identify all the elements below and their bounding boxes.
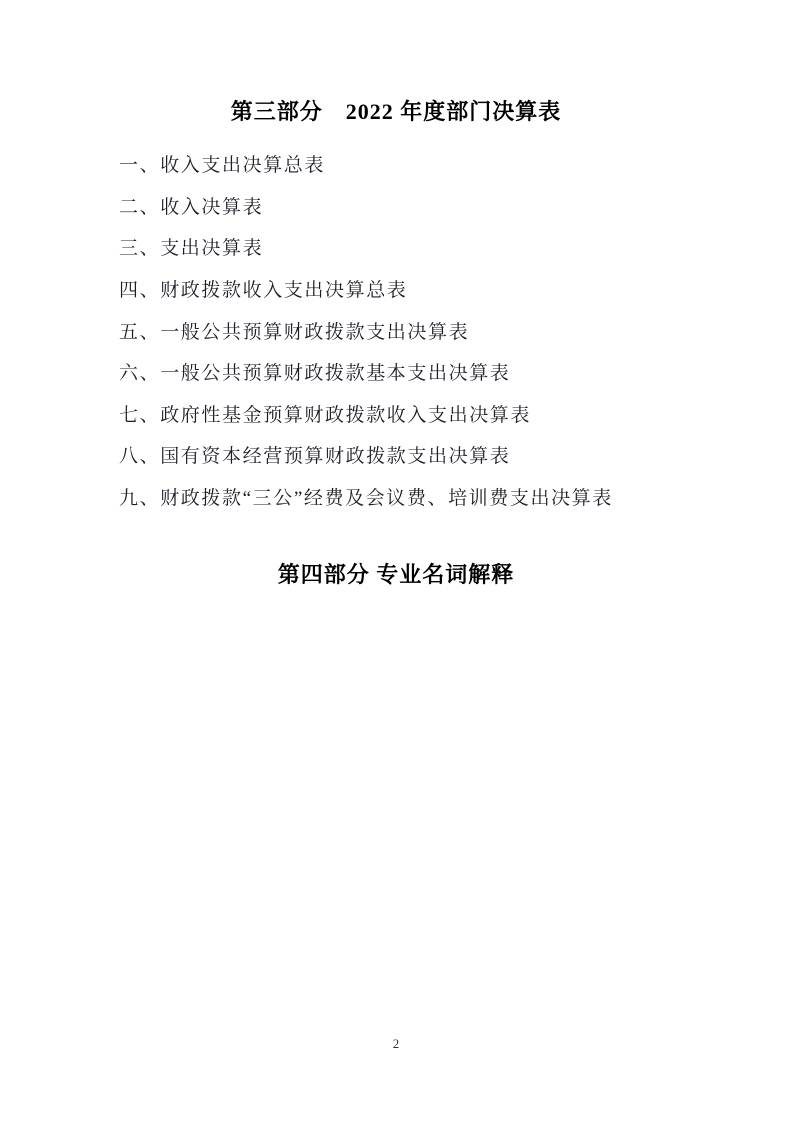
toc-item-8: 八、国有资本经营预算财政拨款支出决算表 <box>119 434 752 476</box>
toc-item-4: 四、财政拨款收入支出决算总表 <box>119 268 752 310</box>
section-four-title: 第四部分 专业名词解释 <box>0 562 792 588</box>
toc-item-9: 九、财政拨款“三公”经费及会议费、培训费支出决算表 <box>119 476 752 518</box>
toc-list: 一、收入支出决算总表 二、收入决算表 三、支出决算表 四、财政拨款收入支出决算总… <box>119 143 752 517</box>
toc-item-5: 五、一般公共预算财政拨款支出决算表 <box>119 309 752 351</box>
toc-item-1: 一、收入支出决算总表 <box>119 143 752 185</box>
toc-item-3: 三、支出决算表 <box>119 226 752 268</box>
toc-item-7: 七、政府性基金预算财政拨款收入支出决算表 <box>119 393 752 435</box>
toc-item-2: 二、收入决算表 <box>119 185 752 227</box>
toc-item-6: 六、一般公共预算财政拨款基本支出决算表 <box>119 351 752 393</box>
document-page: 第三部分 2022 年度部门决算表 一、收入支出决算总表 二、收入决算表 三、支… <box>0 0 792 1121</box>
page-number: 2 <box>0 1036 792 1052</box>
section-three-title: 第三部分 2022 年度部门决算表 <box>0 99 792 125</box>
